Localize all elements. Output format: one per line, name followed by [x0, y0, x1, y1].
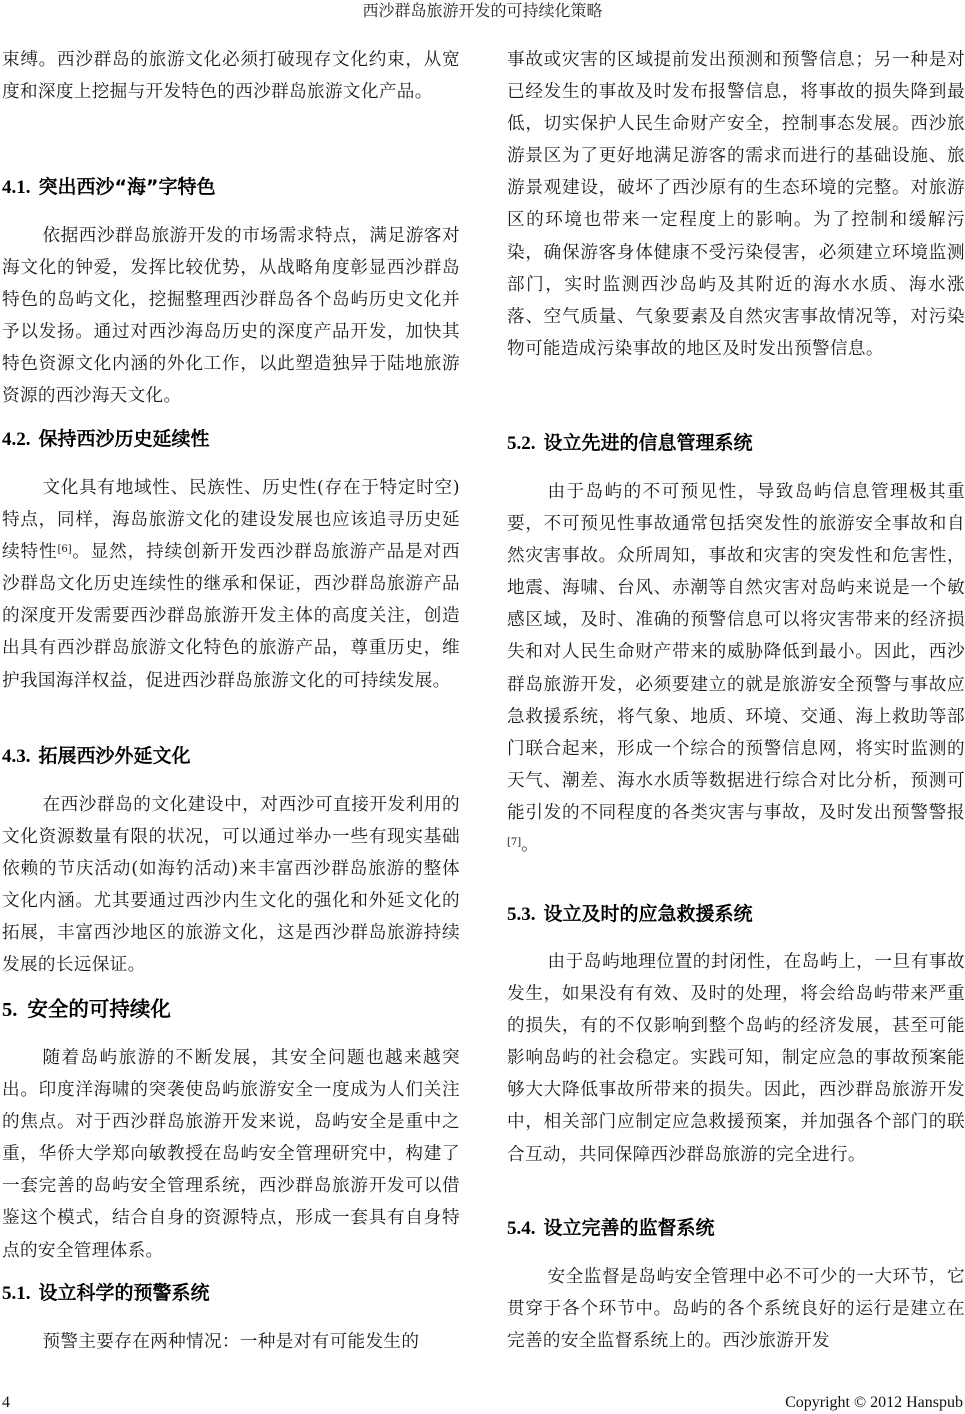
section-number: 5.4.: [507, 1218, 536, 1239]
left-column: 束缚。西沙群岛的旅游文化必须打破现存文化约束，从宽度和深度上挖掘与开发特色的西沙…: [2, 44, 460, 1384]
section-number: 5.3.: [507, 904, 536, 925]
section-number: 5.2.: [507, 433, 536, 454]
paragraph-5-4: 安全监督是岛屿安全管理中必不可少的一大环节，它贯穿于各个环节中。岛屿的各个系统良…: [507, 1261, 965, 1357]
paragraph-text: 。: [521, 835, 539, 855]
paragraph-4-1: 依据西沙群岛旅游开发的市场需求特点，满足游客对海文化的钟爱，发挥比较优势，从战略…: [2, 220, 460, 413]
citation-ref[interactable]: [7]: [507, 837, 521, 848]
section-title: 保持西沙历史延续性: [39, 428, 210, 450]
paragraph-5: 随着岛屿旅游的不断发展，其安全问题也越来越突出。印度洋海啸的突袭使岛屿旅游安全一…: [2, 1042, 460, 1267]
paragraph-intro-continuation: 束缚。西沙群岛的旅游文化必须打破现存文化约束，从宽度和深度上挖掘与开发特色的西沙…: [2, 44, 460, 108]
section-heading-5-1: 5.1.设立科学的预警系统: [2, 1281, 460, 1306]
section-number: 4.3.: [2, 746, 31, 767]
section-heading-4-3: 4.3.拓展西沙外延文化: [2, 744, 460, 769]
right-column: 事故或灾害的区域提前发出预测和预警信息；另一种是对已经发生的事故及时发布报警信息…: [507, 44, 965, 1384]
section-title: 设立及时的应急救援系统: [544, 903, 753, 925]
section-number: 4.2.: [2, 429, 31, 450]
running-header: 西沙群岛旅游开发的可持续化策略: [0, 0, 965, 22]
paragraph-5-1-start: 预警主要存在两种情况：一种是对有可能发生的: [2, 1326, 460, 1358]
paragraph-text: 由于岛屿的不可预见性，导致岛屿信息管理极其重要，不可预见性事故通常包括突发性的旅…: [507, 482, 965, 823]
section-number: 5.1.: [2, 1283, 31, 1304]
citation-ref[interactable]: [6]: [57, 544, 71, 555]
paragraph-text: 。显然，持续创新开发西沙群岛旅游产品是对西沙群岛文化历史连续性的继承和保证，西沙…: [2, 542, 460, 690]
section-title: 拓展西沙外延文化: [39, 745, 191, 767]
section-number: 5.: [2, 999, 17, 1021]
section-title: 突出西沙“海”字特色: [39, 176, 216, 198]
paragraph-5-3: 由于岛屿地理位置的封闭性，在岛屿上，一旦有事故发生，如果没有有效、及时的处理，将…: [507, 946, 965, 1171]
paragraph-4-3: 在西沙群岛的文化建设中，对西沙可直接开发利用的文化资源数量有限的状况，可以通过举…: [2, 789, 460, 982]
section-title: 安全的可持续化: [27, 997, 171, 1021]
section-number: 4.1.: [2, 177, 31, 198]
section-title: 设立科学的预警系统: [39, 1282, 210, 1304]
paragraph-4-2: 文化具有地域性、民族性、历史性(存在于特定时空)特点，同样，海岛旅游文化的建设发…: [2, 472, 460, 697]
section-heading-5-4: 5.4.设立完善的监督系统: [507, 1216, 965, 1241]
page-number: 4: [2, 1394, 10, 1412]
section-title: 设立完善的监督系统: [544, 1217, 715, 1239]
section-heading-4-1: 4.1.突出西沙“海”字特色: [2, 175, 460, 200]
section-heading-5-3: 5.3.设立及时的应急救援系统: [507, 902, 965, 927]
section-heading-5-2: 5.2.设立先进的信息管理系统: [507, 431, 965, 456]
section-heading-5: 5.安全的可持续化: [2, 996, 460, 1023]
section-heading-4-2: 4.2.保持西沙历史延续性: [2, 427, 460, 452]
section-title: 设立先进的信息管理系统: [544, 432, 753, 454]
paragraph-5-2: 由于岛屿的不可预见性，导致岛屿信息管理极其重要，不可预见性事故通常包括突发性的旅…: [507, 476, 965, 861]
paragraph-5-1-continuation: 事故或灾害的区域提前发出预测和预警信息；另一种是对已经发生的事故及时发布报警信息…: [507, 44, 965, 365]
copyright-notice: Copyright © 2012 Hanspub: [785, 1394, 963, 1412]
